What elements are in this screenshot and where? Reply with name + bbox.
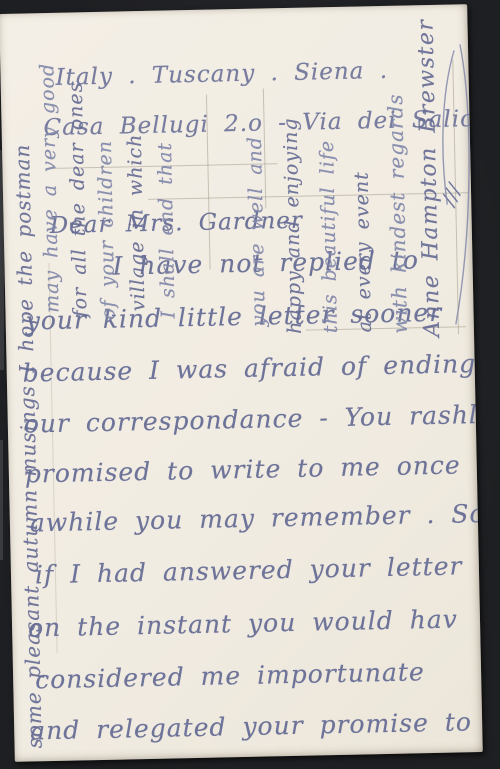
body-line: our correspondance - You rashly: [24, 400, 483, 439]
closing-line: with kindest regards: [382, 43, 412, 333]
cross-line: at every event: [348, 47, 376, 332]
body-line: awhile you may remember . So: [30, 499, 483, 538]
body-line: because I was afraid of ending: [22, 349, 476, 387]
body-line: promised to write to me once in: [25, 450, 483, 489]
letter-paper: Italy . Tuscany . Siena . Casa Bellugi 2…: [0, 4, 483, 762]
cross-line: this beautiful life: [314, 43, 342, 333]
body-line: considered me importunate: [35, 657, 425, 694]
body-line: on the instant you would hav: [28, 605, 458, 643]
adjacent-page-edge: [0, 440, 3, 560]
photo-backdrop: Italy . Tuscany . Siena . Casa Bellugi 2…: [0, 0, 500, 769]
signature-flourish-curve: [410, 34, 476, 335]
body-line: if I had answered your letter: [35, 551, 463, 589]
body-line: and relegated your promise to: [30, 707, 472, 745]
